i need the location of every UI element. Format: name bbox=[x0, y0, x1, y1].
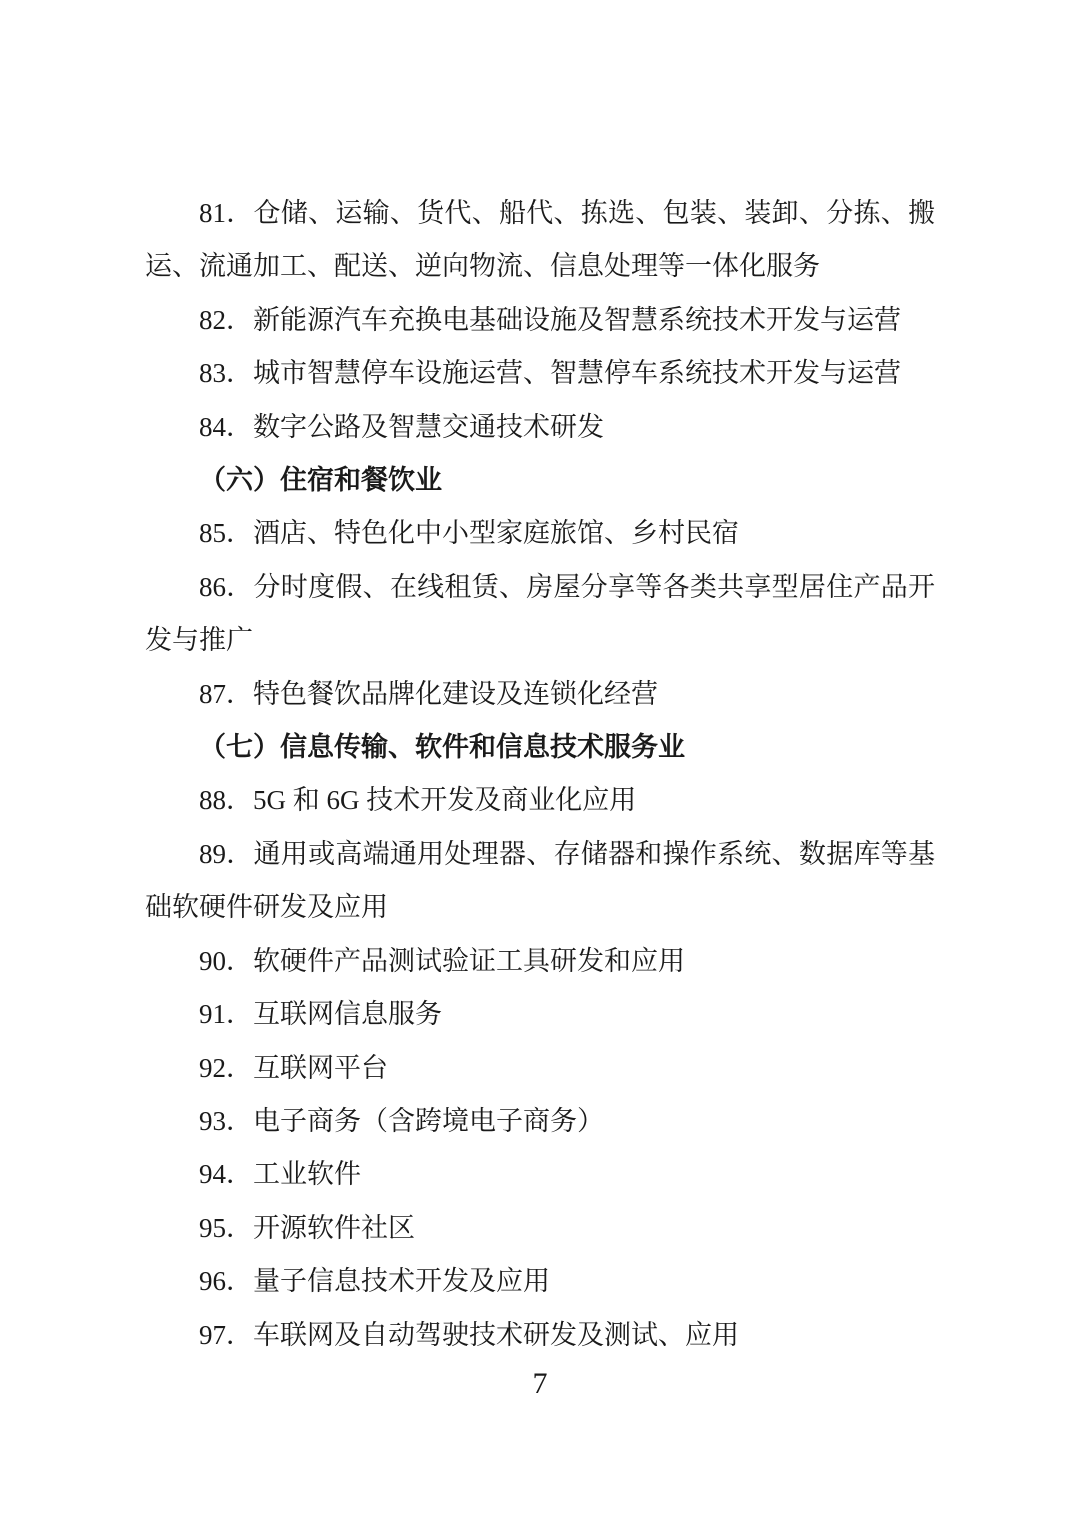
list-item: 94．工业软件 bbox=[145, 1148, 935, 1201]
list-item: 91．互联网信息服务 bbox=[145, 988, 935, 1041]
list-item: 89．通用或高端通用处理器、存储器和操作系统、数据库等基础软硬件研发及应用 bbox=[145, 828, 935, 935]
list-item: 92．互联网平台 bbox=[145, 1042, 935, 1095]
list-item: 97．车联网及自动驾驶技术研发及测试、应用 bbox=[145, 1309, 935, 1362]
document-body: 81．仓储、运输、货代、船代、拣选、包装、装卸、分拣、搬运、流通加工、配送、逆向… bbox=[145, 187, 935, 1362]
document-page: { "page": { "number": "7", "background_c… bbox=[0, 0, 1080, 1527]
list-item: 86．分时度假、在线租赁、房屋分享等各类共享型居住产品开发与推广 bbox=[145, 561, 935, 668]
list-item: 82．新能源汽车充换电基础设施及智慧系统技术开发与运营 bbox=[145, 294, 935, 347]
page-background: 81．仓储、运输、货代、船代、拣选、包装、装卸、分拣、搬运、流通加工、配送、逆向… bbox=[0, 0, 1080, 1527]
section-heading: （六）住宿和餐饮业 bbox=[145, 454, 935, 507]
list-item: 90．软硬件产品测试验证工具研发和应用 bbox=[145, 935, 935, 988]
list-item: 85．酒店、特色化中小型家庭旅馆、乡村民宿 bbox=[145, 507, 935, 560]
list-item: 84．数字公路及智慧交通技术研发 bbox=[145, 401, 935, 454]
list-item: 81．仓储、运输、货代、船代、拣选、包装、装卸、分拣、搬运、流通加工、配送、逆向… bbox=[145, 187, 935, 294]
section-heading: （七）信息传输、软件和信息技术服务业 bbox=[145, 721, 935, 774]
list-item: 93．电子商务（含跨境电子商务） bbox=[145, 1095, 935, 1148]
list-item: 96．量子信息技术开发及应用 bbox=[145, 1255, 935, 1308]
page-number: 7 bbox=[0, 1366, 1080, 1402]
list-item: 95．开源软件社区 bbox=[145, 1202, 935, 1255]
list-item: 87．特色餐饮品牌化建设及连锁化经营 bbox=[145, 668, 935, 721]
list-item: 83．城市智慧停车设施运营、智慧停车系统技术开发与运营 bbox=[145, 347, 935, 400]
list-item: 88．5G 和 6G 技术开发及商业化应用 bbox=[145, 774, 935, 827]
